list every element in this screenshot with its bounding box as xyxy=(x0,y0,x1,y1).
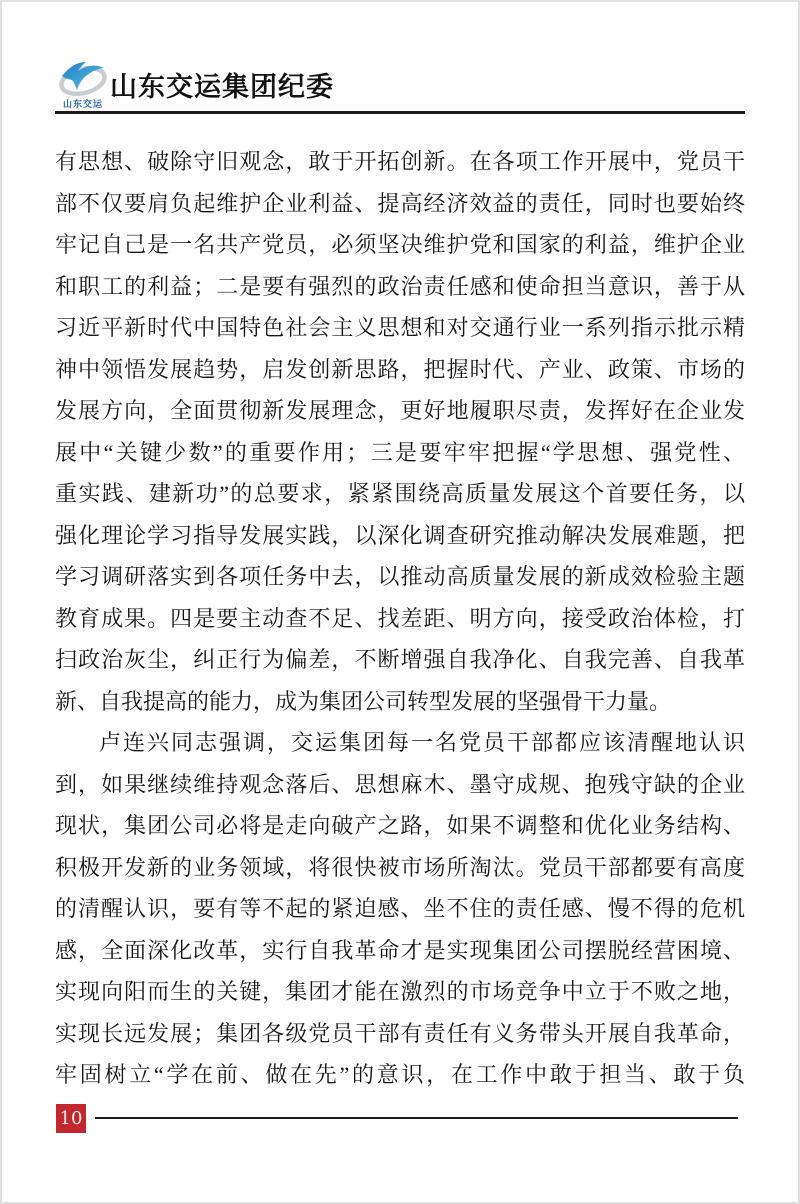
body-line: 神中领悟发展趋势，启发创新思路，把握时代、产业、政策、市场的 xyxy=(55,349,745,391)
body-line: 强化理论学习指导发展实践，以深化调查研究推动解决发展难题，把 xyxy=(55,515,745,557)
body-line: 感，全面深化改革，实行自我革命才是实现集团公司摆脱经营困境、 xyxy=(55,930,745,972)
body-line: 扫政治灰尘，纠正行为偏差，不断增强自我净化、自我完善、自我革 xyxy=(55,639,745,681)
body-line: 发展方向，全面贯彻新发展理念，更好地履职尽责，发挥好在企业发 xyxy=(55,390,745,432)
page-header: 山东交运 山东交运集团纪委 xyxy=(55,55,745,115)
body-line: 牢固树立“学在前、做在先”的意识，在工作中敢于担当、敢于负 xyxy=(55,1054,745,1096)
company-logo: 山东交运 xyxy=(58,57,108,113)
body-line: 实现长远发展；集团各级党员干部有责任有义务带头开展自我革命， xyxy=(55,1013,745,1055)
logo-caption: 山东交运 xyxy=(58,97,108,110)
body-line: 的清醒认识，要有等不起的紧迫感、坐不住的责任感、慢不得的危机 xyxy=(55,888,745,930)
page-title: 山东交运集团纪委 xyxy=(110,65,334,104)
body-line: 现状，集团公司必将是走向破产之路，如果不调整和优化业务结构、 xyxy=(55,805,745,847)
body-line: 展中“关键少数”的重要作用；三是要牢牢把握“学思想、强党性、 xyxy=(55,432,745,474)
body-line: 卢连兴同志强调，交运集团每一名党员干部都应该清醒地认识 xyxy=(55,722,745,764)
swallow-logo-icon xyxy=(58,57,108,99)
footer-divider xyxy=(95,1117,738,1119)
body-line: 实现向阳而生的关键，集团才能在激烈的市场竞争中立于不败之地， xyxy=(55,971,745,1013)
document-page: 山东交运 山东交运集团纪委 有思想、破除守旧观念，敢于开拓创新。在各项工作开展中… xyxy=(0,0,800,1204)
body-line: 学习调研落实到各项任务中去，以推动高质量发展的新成效检验主题 xyxy=(55,556,745,598)
body-line: 有思想、破除守旧观念，敢于开拓创新。在各项工作开展中，党员干 xyxy=(55,141,745,183)
page-footer: 10 xyxy=(0,1103,800,1137)
body-line: 和职工的利益；二是要有强烈的政治责任感和使命担当意识，善于从 xyxy=(55,266,745,308)
body-line: 积极开发新的业务领域，将很快被市场所淘汰。党员干部都要有高度 xyxy=(55,847,745,889)
body-line: 新、自我提高的能力，成为集团公司转型发展的坚强骨干力量。 xyxy=(55,681,745,723)
body-line: 部不仅要肩负起维护企业利益、提高经济效益的责任，同时也要始终 xyxy=(55,183,745,225)
header-divider xyxy=(55,111,745,114)
document-body: 有思想、破除守旧观念，敢于开拓创新。在各项工作开展中，党员干 部不仅要肩负起维护… xyxy=(55,141,745,1096)
body-line: 牢记自己是一名共产党员，必须坚决维护党和国家的利益，维护企业 xyxy=(55,224,745,266)
body-line: 到，如果继续维持观念落后、思想麻木、墨守成规、抱残守缺的企业 xyxy=(55,764,745,806)
body-line: 重实践、建新功”的总要求，紧紧围绕高质量发展这个首要任务，以 xyxy=(55,473,745,515)
body-line: 习近平新时代中国特色社会主义思想和对交通行业一系列指示批示精 xyxy=(55,307,745,349)
page-number-badge: 10 xyxy=(56,1104,86,1133)
body-line: 教育成果。四是要主动查不足、找差距、明方向，接受政治体检，打 xyxy=(55,598,745,640)
